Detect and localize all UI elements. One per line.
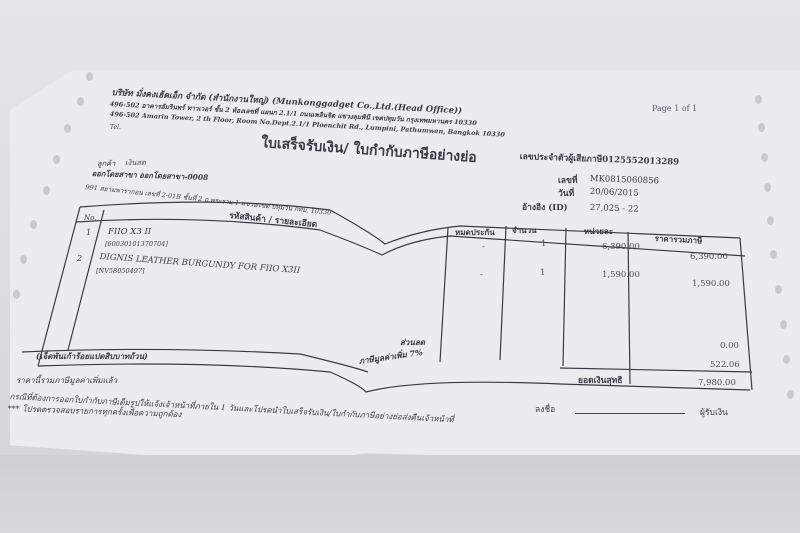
- receiver-label: ผู้รับเงิน: [700, 405, 728, 419]
- row-unit-price: 1,590.00: [602, 270, 640, 280]
- discount-value: 0.00: [720, 341, 739, 351]
- row-unit-price: 6,390.00: [602, 242, 640, 252]
- signature-label: ลงชื่อ: [535, 402, 555, 416]
- col-header-total: ราคารวมภาษี: [654, 232, 702, 247]
- col-header-qty: จำนวน: [512, 224, 537, 237]
- note-vat-included: ราคานี้รวมภาษีมูลค่าเพิ่มแล้ว: [16, 374, 117, 387]
- signature-line: [575, 413, 685, 414]
- vat-value: 522.06: [710, 360, 740, 370]
- row-qty: 1: [540, 268, 545, 278]
- net-total-value: 7,980.00: [698, 378, 736, 388]
- row-warranty: -: [482, 242, 485, 252]
- row-product-name: FIIO X3 II: [108, 227, 151, 237]
- row-warranty: -: [480, 270, 483, 280]
- amount-in-words: (เจ็ดพันเก้าร้อยแปดสิบบาทถ้วน): [36, 350, 148, 363]
- col-header-no: No.: [84, 214, 96, 222]
- row-total: 6,390.00: [690, 252, 728, 262]
- row-qty: 1: [541, 239, 546, 249]
- net-total-label: ยอดเงินสุทธิ: [578, 373, 622, 387]
- row-no: 1: [86, 228, 91, 237]
- row-no: 2: [77, 254, 82, 263]
- col-header-unit-price: หน่วยละ: [584, 225, 613, 238]
- col-header-warranty: หมดประกัน: [455, 226, 495, 239]
- row-product-code: [60030101370704]: [105, 240, 168, 248]
- receipt-document: บริษัท มั่งคงเฮ้คเอ็ก จำกัด (สำนักงานใหญ…: [0, 0, 800, 533]
- row-product-code: [NV58050497]: [96, 267, 145, 275]
- row-total: 1,590.00: [692, 279, 730, 289]
